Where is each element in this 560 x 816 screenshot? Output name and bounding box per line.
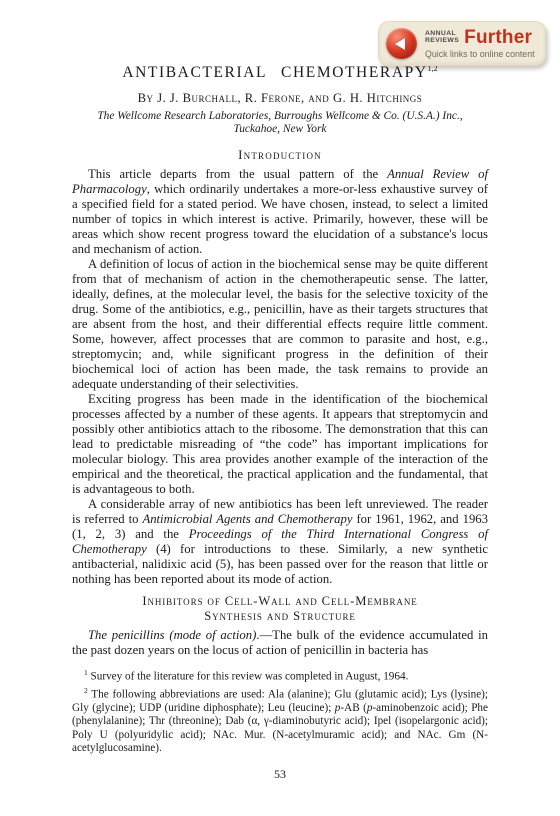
- article-title: ANTIBACTERIAL CHEMOTHERAPY1,2: [72, 64, 488, 82]
- inhibitors-body: The penicillins (mode of action).—The bu…: [72, 628, 488, 658]
- page-number: 53: [72, 767, 488, 782]
- footnote-2: 2 The following abbreviations are used: …: [72, 684, 488, 755]
- badge-subtitle: Quick links to online content: [425, 49, 535, 59]
- paragraph: The penicillins (mode of action).—The bu…: [72, 628, 488, 658]
- brand-line-1: ANNUAL: [425, 30, 459, 37]
- journal-page: ANNUAL REVIEWS Further Quick links to on…: [0, 0, 560, 816]
- section-heading-inhibitors: Inhibitors of Cell-Wall and Cell-Membran…: [72, 594, 488, 624]
- affiliation-line-2: Tuckahoe, New York: [72, 123, 488, 136]
- footnotes: 1 Survey of the literature for this revi…: [72, 666, 488, 755]
- badge-title: Further: [464, 28, 532, 47]
- paragraph: A considerable array of new antibiotics …: [72, 497, 488, 587]
- left-triangle-glyph: [395, 38, 405, 50]
- brand-line-2: REVIEWS: [425, 37, 459, 44]
- introduction-body: This article departs from the usual patt…: [72, 167, 488, 587]
- page-content: ANTIBACTERIAL CHEMOTHERAPY1,2 By J. J. B…: [0, 64, 560, 782]
- back-arrow-icon: [386, 28, 417, 59]
- paragraph: This article departs from the usual patt…: [72, 167, 488, 257]
- paragraph: A definition of locus of action in the b…: [72, 257, 488, 392]
- annual-reviews-logo: ANNUAL REVIEWS: [425, 30, 459, 45]
- badge-text-block: ANNUAL REVIEWS Further Quick links to on…: [425, 28, 535, 60]
- annual-reviews-further-badge[interactable]: ANNUAL REVIEWS Further Quick links to on…: [378, 21, 546, 66]
- footnote-1: 1 Survey of the literature for this revi…: [72, 666, 488, 684]
- section-heading-introduction: Introduction: [72, 147, 488, 163]
- byline: By J. J. Burchall, R. Ferone, and G. H. …: [72, 91, 488, 106]
- section-heading-line-1: Inhibitors of Cell-Wall and Cell-Membran…: [72, 594, 488, 609]
- affiliation: The Wellcome Research Laboratories, Burr…: [72, 110, 488, 136]
- paragraph: Exciting progress has been made in the i…: [72, 392, 488, 497]
- section-heading-line-2: Synthesis and Structure: [72, 609, 488, 624]
- affiliation-line-1: The Wellcome Research Laboratories, Burr…: [72, 110, 488, 123]
